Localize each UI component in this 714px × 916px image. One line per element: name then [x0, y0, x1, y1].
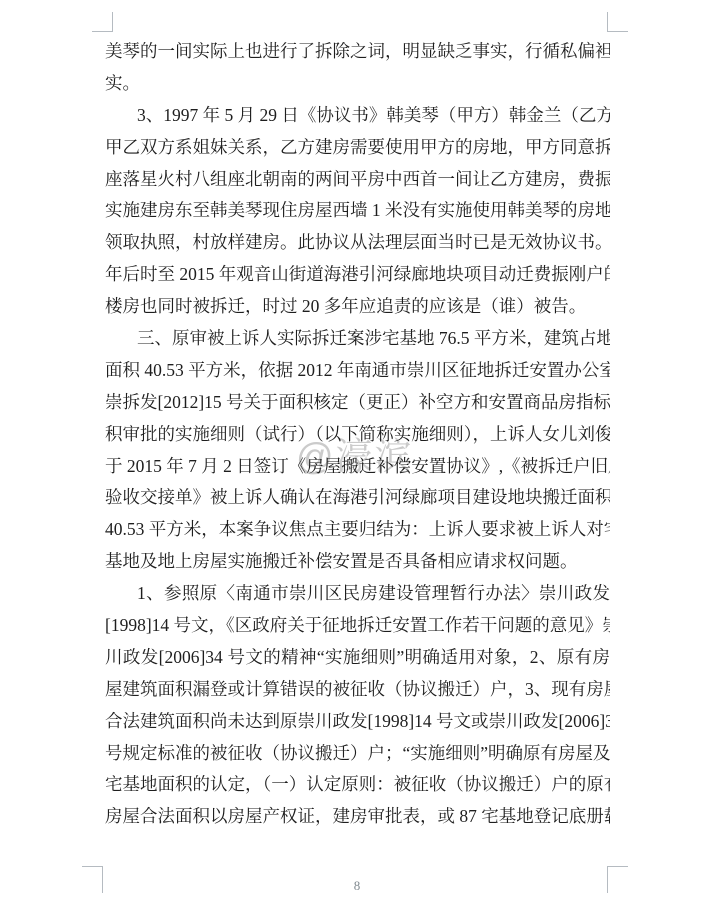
- text-line: 年后时至 2015 年观音山街道海港引河绿廊地块项目动迁费振刚户的: [105, 259, 610, 291]
- document-page: @濠滨 美琴的一间实际上也进行了拆除之词，明显缺乏事实，行循私偏袒之 实。 3、…: [0, 0, 714, 916]
- page-number: 8: [0, 878, 714, 894]
- text-line: 积审批的实施细则（试行）（以下简称实施细则），上诉人女儿刘俊华: [105, 419, 610, 451]
- text-line: [1998]14 号文，《区政府关于征地拆迁安置工作若干问题的意见》崇: [105, 610, 610, 642]
- text-line: 于 2015 年 7 月 2 日签订《房屋搬迁补偿安置协议》,《被拆迁户旧房: [105, 451, 610, 483]
- paragraph-4: 1、参照原〈南通市崇川区民房建设管理暂行办法〉崇川政发 [1998]14 号文，…: [105, 578, 610, 833]
- text-line: 宅基地面积的认定，（一）认定原则：被征收（协议搬迁）户的原有: [105, 769, 610, 801]
- text-line: 1、参照原〈南通市崇川区民房建设管理暂行办法〉崇川政发: [105, 578, 610, 610]
- text-line: 合法建筑面积尚未达到原崇川政发[1998]14 号文或崇川政发[2006]34: [105, 706, 610, 738]
- text-line: 三、原审被上诉人实际拆迁案涉宅基地 76.5 平方米，建筑占地: [105, 323, 610, 355]
- text-line: 实施建房东至韩美琴现住房屋西墙 1 米没有实施使用韩美琴的房地，: [105, 195, 610, 227]
- body-text: 美琴的一间实际上也进行了拆除之词，明显缺乏事实，行循私偏袒之 实。 3、1997…: [105, 36, 610, 833]
- text-line: 3、1997 年 5 月 29 日《协议书》韩美琴（甲方）韩金兰（乙方）: [105, 100, 610, 132]
- paragraph-1: 美琴的一间实际上也进行了拆除之词，明显缺乏事实，行循私偏袒之 实。: [105, 36, 610, 100]
- paragraph-3: 三、原审被上诉人实际拆迁案涉宅基地 76.5 平方米，建筑占地 面积 40.53…: [105, 323, 610, 578]
- text-boundary-mark-top-right: [607, 12, 628, 32]
- text-boundary-mark-top-left: [92, 12, 113, 32]
- text-line: 座落星火村八组座北朝南的两间平房中西首一间让乙方建房，费振刚: [105, 164, 610, 196]
- text-line: 领取执照，村放样建房。此协议从法理层面当时已是无效协议书。18: [105, 227, 610, 259]
- text-line: 川政发[2006]34 号文的精神“实施细则”明确适用对象，2、原有房: [105, 642, 610, 674]
- text-line: 美琴的一间实际上也进行了拆除之词，明显缺乏事实，行循私偏袒之: [105, 36, 610, 68]
- text-line: 验收交接单》被上诉人确认在海港引河绿廊项目建设地块搬迁面积: [105, 482, 610, 514]
- text-line: 房屋合法面积以房屋产权证，建房审批表，或 87 宅基地登记底册载: [105, 801, 610, 833]
- text-line: 崇拆发[2012]15 号关于面积核定（更正）补空方和安置商品房指标面: [105, 387, 610, 419]
- text-line: 屋建筑面积漏登或计算错误的被征收（协议搬迁）户，3、现有房屋: [105, 674, 610, 706]
- text-line: 面积 40.53 平方米，依据 2012 年南通市崇川区征地拆迁安置办公室: [105, 355, 610, 387]
- text-line: 甲乙双方系姐妹关系，乙方建房需要使用甲方的房地，甲方同意拆除: [105, 132, 610, 164]
- paragraph-2: 3、1997 年 5 月 29 日《协议书》韩美琴（甲方）韩金兰（乙方） 甲乙双…: [105, 100, 610, 323]
- text-line: 40.53 平方米，本案争议焦点主要归结为：上诉人要求被上诉人对宅: [105, 514, 610, 546]
- text-line: 基地及地上房屋实施搬迁补偿安置是否具备相应请求权问题。: [105, 546, 610, 578]
- text-line: 实。: [105, 68, 610, 100]
- text-line: 号规定标准的被征收（协议搬迁）户；“实施细则”明确原有房屋及: [105, 738, 610, 770]
- text-line: 楼房也同时被拆迁，时过 20 多年应追责的应该是（谁）被告。: [105, 291, 610, 323]
